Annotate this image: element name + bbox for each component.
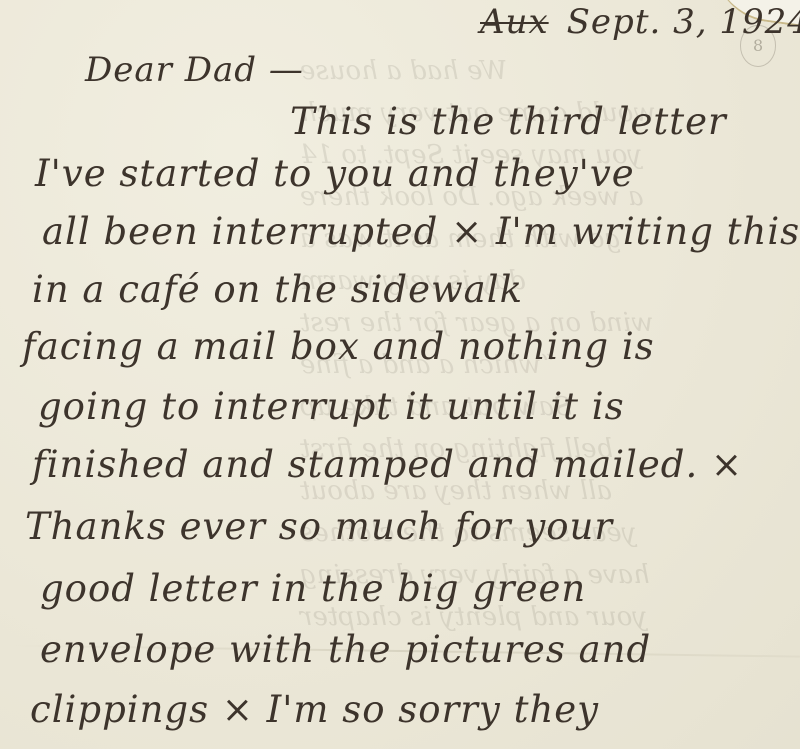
letter-line: clippings × I'm so sorry they (30, 688, 599, 731)
salutation: Dear Dad — (85, 50, 304, 90)
letter-line: envelope with the pictures and (40, 628, 651, 671)
bleed-line: We had a house (300, 50, 800, 92)
letter-line: I've started to you and they've (35, 152, 635, 195)
struck-word: Aux (480, 2, 549, 42)
letter-line: This is the third letter (290, 100, 727, 143)
letter-line: in a café on the sidewalk (32, 268, 523, 311)
letter-line: all been interrupted × I'm writing this (42, 210, 800, 253)
letter-line: Thanks ever so much for your (25, 505, 613, 548)
letter-line: facing a mail box and nothing is (22, 325, 655, 368)
letter-page: We had a house would come out very much … (0, 0, 800, 749)
letter-line: good letter in the big green (40, 567, 586, 610)
letter-date: Sept. 3, 1924. (567, 2, 800, 42)
letter-line: going to interrupt it until it is (38, 385, 625, 428)
letter-date-line: AuxSept. 3, 1924. (480, 2, 800, 42)
letter-line: finished and stamped and mailed. × (32, 443, 743, 486)
